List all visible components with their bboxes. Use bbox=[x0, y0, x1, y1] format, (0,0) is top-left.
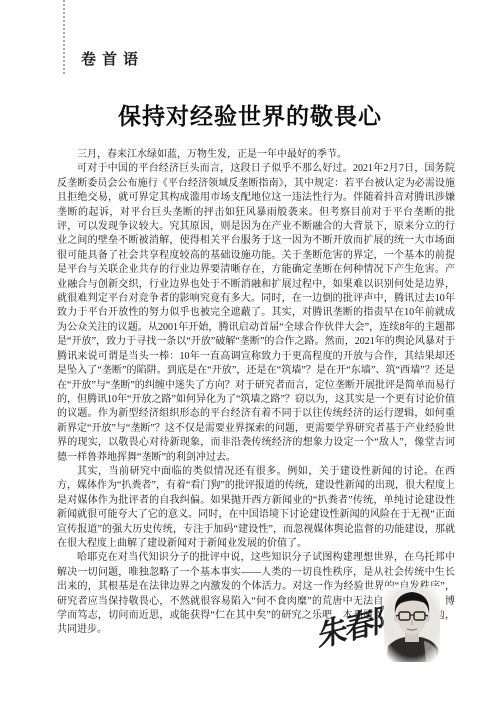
paragraph: 其实，当前研究中面临的类似情况还有很多。例如，关于建设性新闻的讨论。在西方，媒体… bbox=[57, 465, 455, 551]
paragraph: 三月，春来江水绿如蓝，万物生发，正是一年中最好的季节。 bbox=[57, 148, 455, 162]
magazine-page: 卷首语 保持对经验世界的敬畏心 三月，春来江水绿如蓝，万物生发，正是一年中最好的… bbox=[0, 0, 500, 702]
paragraph: 可对于中国的平台经济巨头而言，这段日子似乎不那么好过。2021年2月7日，国务院… bbox=[57, 162, 455, 465]
article-body: 三月，春来江水绿如蓝，万物生发，正是一年中最好的季节。 可对于中国的平台经济巨头… bbox=[57, 148, 455, 638]
dotted-rule bbox=[63, 0, 65, 74]
author-block: 朱春阳 bbox=[310, 580, 450, 670]
article-title: 保持对经验世界的敬畏心 bbox=[0, 98, 500, 131]
section-label: 卷首语 bbox=[81, 48, 144, 69]
author-photo bbox=[382, 586, 442, 662]
